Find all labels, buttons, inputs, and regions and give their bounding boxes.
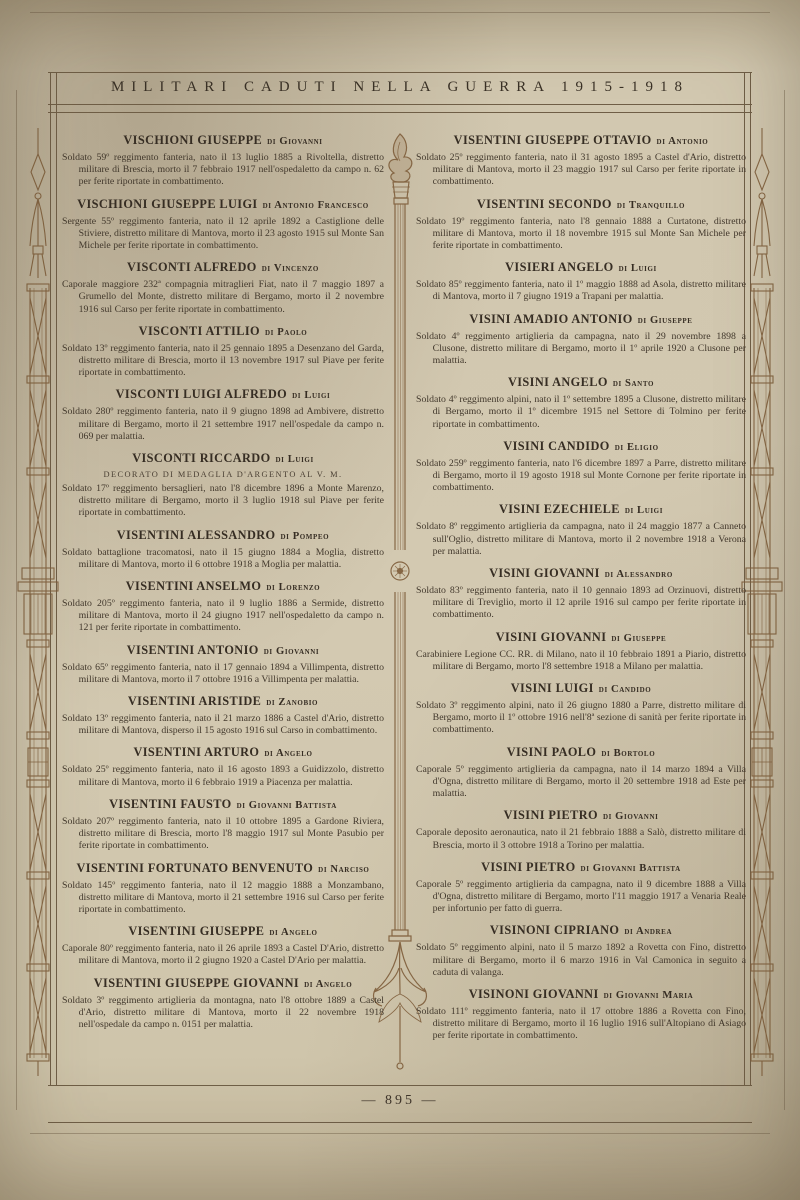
entry-text: Soldato 19º reggimento fanteria, nato l'…	[416, 216, 746, 253]
soldier-name: VISENTINI ANTONIO	[127, 643, 259, 657]
soldier-name: VISINI LUIGI	[511, 681, 594, 695]
soldier-entry: VISINI GIOVANNIdi Giuseppe Carabiniere L…	[416, 630, 746, 673]
frame-rule-right-edge	[784, 90, 785, 1110]
soldier-entry: VISINI LUIGIdi Candido Soldato 3º reggim…	[416, 681, 746, 737]
soldier-name: VISINONI GIOVANNI	[469, 987, 599, 1001]
soldier-entry: VISINI ANGELOdi Santo Soldato 4º reggime…	[416, 375, 746, 431]
entry-text: Soldato 3º reggimento artiglieria da mon…	[62, 995, 384, 1032]
entry-text: Soldato 111º reggimento fanteria, nato i…	[416, 1006, 746, 1043]
entry-text: Soldato 280º reggimento fanteria, nato i…	[62, 406, 384, 443]
soldier-name: VISINI ANGELO	[508, 375, 608, 389]
soldier-name: VISCHIONI GIUSEPPE LUIGI	[77, 197, 257, 211]
soldier-patronymic: di Candido	[599, 684, 651, 695]
entry-heading: VISENTINI ANTONIOdi Giovanni	[62, 643, 384, 658]
soldier-entry: VISINONI GIOVANNIdi Giovanni Maria Solda…	[416, 987, 746, 1043]
soldier-patronymic: di Alessandro	[605, 569, 673, 580]
soldier-patronymic: di Vincenzo	[262, 263, 319, 274]
entry-text: Soldato 259º reggimento fanteria, nato l…	[416, 458, 746, 495]
entry-heading: VISENTINI SECONDOdi Tranquillo	[416, 197, 746, 212]
soldier-patronymic: di Narciso	[318, 864, 369, 875]
entry-text: Soldato 145º reggimento fanteria, nato i…	[62, 880, 384, 917]
soldier-name: VISENTINI ANSELMO	[126, 579, 262, 593]
laced-column-border-icon	[740, 128, 796, 1080]
left-column: VISCHIONI GIUSEPPEdi Giovanni Soldato 59…	[62, 133, 384, 1081]
entry-text: Caporale maggiore 232ª compagnia mitragl…	[62, 279, 384, 316]
frame-rule-left-edge	[16, 90, 17, 1110]
soldier-patronymic: di Andrea	[624, 926, 672, 937]
page-title: MILITARI CADUTI NELLA GUERRA 1915-1918	[60, 79, 740, 96]
entry-heading: VISENTINI FAUSTOdi Giovanni Battista	[62, 797, 384, 812]
soldier-patronymic: di Angelo	[269, 927, 317, 938]
soldier-entry: VISINI GIOVANNIdi Alessandro Soldato 83º…	[416, 566, 746, 622]
soldier-patronymic: di Lorenzo	[266, 582, 320, 593]
soldier-name: VISENTINI GIUSEPPE	[128, 924, 264, 938]
frame-rule-below-pageno	[48, 1122, 752, 1123]
entry-heading: VISCONTI RICCARDOdi Luigi	[62, 451, 384, 466]
entry-text: Soldato 25º reggimento fanteria, nato il…	[416, 152, 746, 189]
soldier-patronymic: di Antonio Francesco	[263, 200, 369, 211]
entry-heading: VISINI GIOVANNIdi Giuseppe	[416, 630, 746, 645]
soldier-patronymic: di Santo	[613, 378, 654, 389]
entry-heading: VISENTINI FORTUNATO BENVENUTOdi Narciso	[62, 861, 384, 876]
frame-rule-below-title-1	[48, 104, 752, 105]
soldier-name: VISINI EZECHIELE	[499, 502, 620, 516]
entry-heading: VISINI GIOVANNIdi Alessandro	[416, 566, 746, 581]
soldier-patronymic: di Luigi	[625, 505, 663, 516]
soldier-entry: VISINI PIETROdi Giovanni Battista Capora…	[416, 860, 746, 916]
entry-text: Soldato 5º reggimento alpini, nato il 5 …	[416, 942, 746, 979]
soldier-name: VISENTINI ARTURO	[133, 745, 259, 759]
laced-column-border-icon	[4, 128, 60, 1080]
entry-heading: VISENTINI GIUSEPPEdi Angelo	[62, 924, 384, 939]
soldier-name: VISINI CANDIDO	[503, 439, 609, 453]
soldier-name: VISINI GIOVANNI	[496, 630, 607, 644]
entry-heading: VISENTINI GIUSEPPE GIOVANNIdi Angelo	[62, 976, 384, 991]
soldier-name: VISCONTI LUIGI ALFREDO	[116, 387, 287, 401]
soldier-entry: VISCONTI LUIGI ALFREDOdi Luigi Soldato 2…	[62, 387, 384, 443]
soldier-name: VISENTINI ARISTIDE	[128, 694, 261, 708]
soldier-patronymic: di Angelo	[304, 979, 352, 990]
soldier-entry: VISENTINI SECONDOdi Tranquillo Soldato 1…	[416, 197, 746, 253]
entry-heading: VISINI PAOLOdi Bortolo	[416, 745, 746, 760]
entry-text: Soldato 65º reggimento fanteria, nato il…	[62, 662, 384, 686]
entry-heading: VISINI ANGELOdi Santo	[416, 375, 746, 390]
entry-heading: VISENTINI ANSELMOdi Lorenzo	[62, 579, 384, 594]
page-number: — 895 —	[60, 1093, 740, 1109]
entry-heading: VISINI PIETROdi Giovanni	[416, 808, 746, 823]
entry-heading: VISENTINI ARISTIDEdi Zanobio	[62, 694, 384, 709]
entry-text: Soldato battaglione tracomatosi, nato il…	[62, 547, 384, 571]
soldier-entry: VISINI PAOLOdi Bortolo Caporale 5º reggi…	[416, 745, 746, 801]
soldier-name: VISENTINI FORTUNATO BENVENUTO	[77, 861, 314, 875]
soldier-entry: VISINI CANDIDOdi Eligio Soldato 259º reg…	[416, 439, 746, 495]
entry-text: Soldato 4º reggimento artiglieria da cam…	[416, 331, 746, 368]
soldier-name: VISINI PAOLO	[507, 745, 597, 759]
soldier-patronymic: di Angelo	[264, 748, 312, 759]
soldier-patronymic: di Tranquillo	[617, 200, 685, 211]
soldier-patronymic: di Zanobio	[266, 697, 318, 708]
entry-heading: VISINI LUIGIdi Candido	[416, 681, 746, 696]
soldier-patronymic: di Giovanni Battista	[237, 800, 337, 811]
entry-heading: VISCHIONI GIUSEPPEdi Giovanni	[62, 133, 384, 148]
frame-rule-below-title-2	[48, 112, 752, 113]
soldier-patronymic: di Giuseppe	[638, 315, 693, 326]
soldier-entry: VISENTINI FAUSTOdi Giovanni Battista Sol…	[62, 797, 384, 853]
soldier-entry: VISENTINI GIUSEPPE GIOVANNIdi Angelo Sol…	[62, 976, 384, 1032]
soldier-entry: VISINI EZECHIELEdi Luigi Soldato 8º regg…	[416, 502, 746, 558]
soldier-entry: VISENTINI ARISTIDEdi Zanobio Soldato 13º…	[62, 694, 384, 737]
entry-heading: VISINI AMADIO ANTONIOdi Giuseppe	[416, 312, 746, 327]
frame-rule-above-title	[48, 72, 752, 73]
soldier-name: VISINI GIOVANNI	[489, 566, 600, 580]
entry-text: Soldato 4º reggimento alpini, nato il 1º…	[416, 394, 746, 431]
soldier-patronymic: di Antonio	[657, 136, 709, 147]
soldier-name: VISCONTI ATTILIO	[139, 324, 260, 338]
soldier-entry: VISINONI CIPRIANOdi Andrea Soldato 5º re…	[416, 923, 746, 979]
entry-heading: VISINI EZECHIELEdi Luigi	[416, 502, 746, 517]
entry-text: Soldato 13º reggimento fanteria, nato il…	[62, 343, 384, 380]
frame-rule-left-1	[50, 72, 51, 1085]
soldier-patronymic: di Eligio	[615, 442, 659, 453]
entry-text: Soldato 13º reggimento fanteria, nato il…	[62, 713, 384, 737]
entry-text: Soldato 83º reggimento fanteria, nato il…	[416, 585, 746, 622]
medal-citation: DECORATO DI MEDAGLIA D'ARGENTO AL V. M.	[62, 470, 384, 479]
right-column: VISENTINI GIUSEPPE OTTAVIOdi Antonio Sol…	[416, 133, 746, 1081]
soldier-patronymic: di Bortolo	[601, 748, 655, 759]
soldier-patronymic: di Giovanni Maria	[604, 990, 694, 1001]
soldier-entry: VISCONTI ALFREDOdi Vincenzo Caporale mag…	[62, 260, 384, 316]
entry-text: Soldato 25º reggimento fanteria, nato il…	[62, 764, 384, 788]
entry-text: Carabiniere Legione CC. RR. di Milano, n…	[416, 649, 746, 673]
soldier-patronymic: di Giovanni	[264, 646, 319, 657]
soldier-entry: VISENTINI FORTUNATO BENVENUTOdi Narciso …	[62, 861, 384, 917]
entry-text: Caporale deposito aeronautica, nato il 2…	[416, 827, 746, 851]
soldier-entry: VISCONTI ATTILIOdi Paolo Soldato 13º reg…	[62, 324, 384, 380]
soldier-patronymic: di Giovanni	[603, 811, 658, 822]
soldier-name: VISINI PIETRO	[481, 860, 575, 874]
soldier-name: VISINI AMADIO ANTONIO	[469, 312, 632, 326]
frame-rule-top-outer	[30, 12, 770, 13]
entry-heading: VISINI CANDIDOdi Eligio	[416, 439, 746, 454]
frame-rule-above-pageno	[48, 1085, 752, 1086]
entry-heading: VISENTINI ARTUROdi Angelo	[62, 745, 384, 760]
soldier-entry: VISCHIONI GIUSEPPEdi Giovanni Soldato 59…	[62, 133, 384, 189]
soldier-entry: VISENTINI ANTONIOdi Giovanni Soldato 65º…	[62, 643, 384, 686]
soldier-patronymic: di Pompeo	[280, 531, 329, 542]
soldier-patronymic: di Luigi	[292, 390, 330, 401]
soldier-name: VISENTINI FAUSTO	[109, 797, 231, 811]
soldier-name: VISENTINI GIUSEPPE OTTAVIO	[454, 133, 652, 147]
entry-heading: VISINONI CIPRIANOdi Andrea	[416, 923, 746, 938]
entry-heading: VISCONTI ALFREDOdi Vincenzo	[62, 260, 384, 275]
soldier-name: VISINONI CIPRIANO	[490, 923, 619, 937]
entry-text: Soldato 59º reggimento fanteria, nato il…	[62, 152, 384, 189]
frame-rule-left-2	[56, 72, 57, 1085]
soldier-name: VISINI PIETRO	[504, 808, 598, 822]
soldier-name: VISCHIONI GIUSEPPE	[123, 133, 262, 147]
soldier-name: VISENTINI GIUSEPPE GIOVANNI	[94, 976, 299, 990]
soldier-entry: VISENTINI ALESSANDROdi Pompeo Soldato ba…	[62, 528, 384, 571]
entry-text: Sergente 55º reggimento fanteria, nato i…	[62, 216, 384, 253]
soldier-name: VISIERI ANGELO	[505, 260, 613, 274]
soldier-name: VISENTINI SECONDO	[477, 197, 612, 211]
scanned-book-page: MILITARI CADUTI NELLA GUERRA 1915-1918	[0, 0, 800, 1200]
entry-text: Soldato 8º reggimento artiglieria da cam…	[416, 521, 746, 558]
entry-text: Soldato 17º reggimento bersaglieri, nato…	[62, 483, 384, 520]
frame-rule-bottom-outer	[30, 1133, 770, 1134]
entry-text: Caporale 80º reggimento fanteria, nato i…	[62, 943, 384, 967]
soldier-name: VISCONTI RICCARDO	[132, 451, 270, 465]
entry-text: Soldato 207º reggimento fanteria, nato i…	[62, 816, 384, 853]
entry-heading: VISINI PIETROdi Giovanni Battista	[416, 860, 746, 875]
entry-heading: VISENTINI GIUSEPPE OTTAVIOdi Antonio	[416, 133, 746, 148]
frame-rule-right-2	[750, 72, 751, 1085]
soldier-name: VISENTINI ALESSANDRO	[117, 528, 276, 542]
soldier-patronymic: di Luigi	[619, 263, 657, 274]
entry-heading: VISIERI ANGELOdi Luigi	[416, 260, 746, 275]
entry-heading: VISINONI GIOVANNIdi Giovanni Maria	[416, 987, 746, 1002]
soldier-patronymic: di Giovanni	[267, 136, 322, 147]
soldier-entry: VISCHIONI GIUSEPPE LUIGIdi Antonio Franc…	[62, 197, 384, 253]
entry-text: Caporale 5º reggimento artiglieria da ca…	[416, 764, 746, 801]
entry-heading: VISCONTI ATTILIOdi Paolo	[62, 324, 384, 339]
entry-text: Soldato 3º reggimento alpini, nato il 26…	[416, 700, 746, 737]
soldier-entry: VISIERI ANGELOdi Luigi Soldato 85º reggi…	[416, 260, 746, 303]
entry-text: Soldato 85º reggimento fanteria, nato il…	[416, 279, 746, 303]
soldier-patronymic: di Paolo	[265, 327, 307, 338]
soldier-entry: VISENTINI ARTUROdi Angelo Soldato 25º re…	[62, 745, 384, 788]
soldier-entry: VISINI AMADIO ANTONIOdi Giuseppe Soldato…	[416, 312, 746, 368]
soldier-entry: VISCONTI RICCARDOdi Luigi DECORATO DI ME…	[62, 451, 384, 520]
soldier-patronymic: di Giovanni Battista	[581, 863, 681, 874]
entry-text: Soldato 205º reggimento fanteria, nato i…	[62, 598, 384, 635]
soldier-patronymic: di Luigi	[276, 454, 314, 465]
entry-heading: VISCONTI LUIGI ALFREDOdi Luigi	[62, 387, 384, 402]
soldier-entry: VISENTINI GIUSEPPE OTTAVIOdi Antonio Sol…	[416, 133, 746, 189]
entry-heading: VISENTINI ALESSANDROdi Pompeo	[62, 528, 384, 543]
soldier-entry: VISENTINI ANSELMOdi Lorenzo Soldato 205º…	[62, 579, 384, 635]
soldier-entry: VISENTINI GIUSEPPEdi Angelo Caporale 80º…	[62, 924, 384, 967]
soldier-patronymic: di Giuseppe	[611, 633, 666, 644]
soldier-name: VISCONTI ALFREDO	[127, 260, 257, 274]
entry-text: Caporale 5º reggimento artiglieria da ca…	[416, 879, 746, 916]
entry-heading: VISCHIONI GIUSEPPE LUIGIdi Antonio Franc…	[62, 197, 384, 212]
soldier-entry: VISINI PIETROdi Giovanni Caporale deposi…	[416, 808, 746, 851]
